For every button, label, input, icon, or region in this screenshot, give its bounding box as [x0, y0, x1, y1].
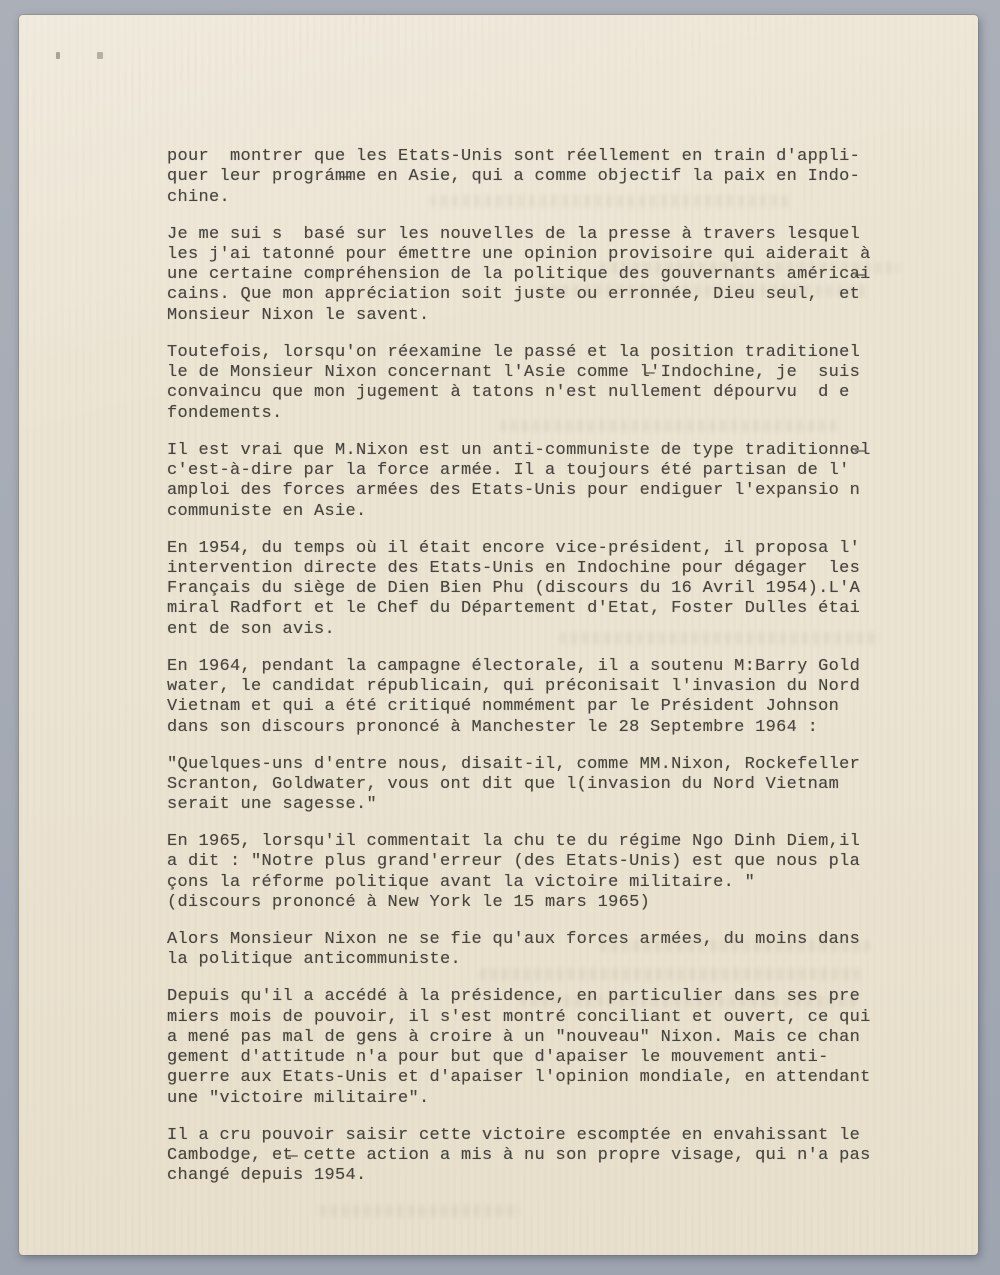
paragraph: En 1964, pendant la campagne électorale,… [167, 657, 907, 738]
paragraph: Je me sui s basé sur les nouvelles de la… [167, 225, 907, 326]
typewritten-text: pour montrer que les Etats-Unis sont rée… [167, 147, 907, 1203]
paragraph: pour montrer que les Etats-Unis sont rée… [167, 147, 907, 208]
paragraph: "Quelques-uns d'entre nous, disait-il, c… [167, 755, 907, 816]
bleed-through-smudge [320, 1205, 520, 1217]
paragraph: En 1965, lorsqu'il commentait la chu te … [167, 832, 907, 913]
paragraph: En 1954, du temps où il était encore vic… [167, 539, 907, 640]
document-page: pour montrer que les Etats-Unis sont rée… [19, 15, 978, 1255]
paragraph: Alors Monsieur Nixon ne se fie qu'aux fo… [167, 930, 907, 971]
ink-speck [56, 52, 60, 59]
ink-speck [97, 52, 103, 59]
paragraph: Il est vrai que M.Nixon est un anti-comm… [167, 441, 907, 522]
scanner-background: pour montrer que les Etats-Unis sont rée… [0, 0, 1000, 1275]
paragraph: Il a cru pouvoir saisir cette victoire e… [167, 1126, 907, 1187]
paragraph: Depuis qu'il a accédé à la présidence, e… [167, 987, 907, 1109]
paragraph: Toutefois, lorsqu'on réexamine le passé … [167, 343, 907, 424]
